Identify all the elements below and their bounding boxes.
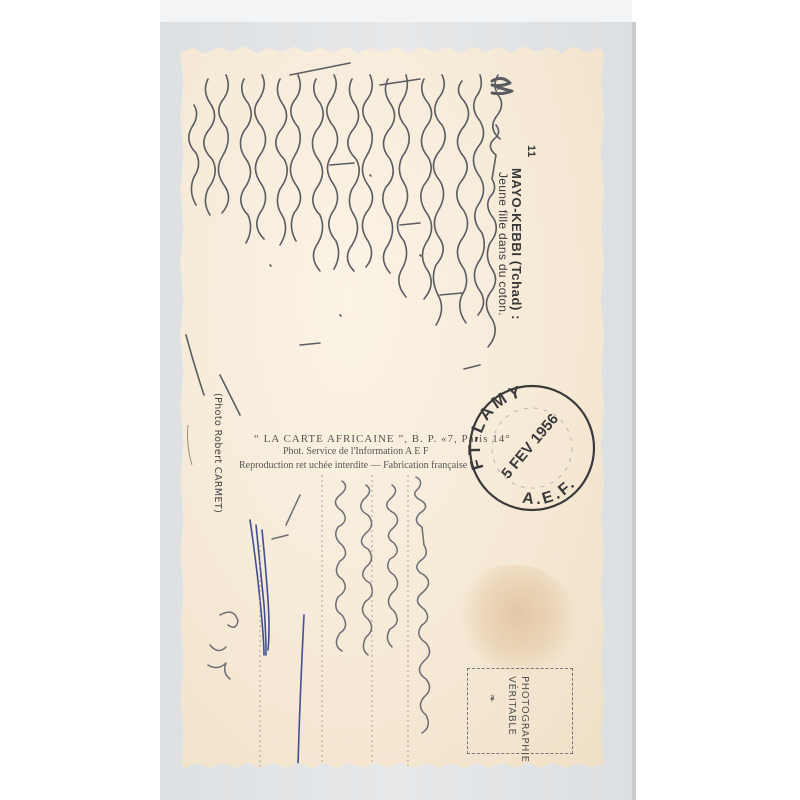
postmark: FT-LAMY A.E.F. 5 FEV 1956 <box>462 378 602 518</box>
photo-credit: (Photo Robert CARMET) <box>212 393 223 513</box>
stamp-text-line1: PHOTOGRAPHIE <box>518 676 531 763</box>
service-line: Phot. Service de l'Information A E F <box>283 446 428 457</box>
stamp-ornament-icon: ❧ <box>486 694 497 702</box>
caption-title: MAYO-KEBBI (Tchad) : <box>509 168 524 320</box>
postmark-region: A.E.F. <box>521 475 580 509</box>
postmark-date: 5 FEV 1956 <box>498 411 562 483</box>
rights-line: Reproduction ret uchée interdite — Fabri… <box>239 460 467 471</box>
scan-backdrop-top <box>160 0 632 22</box>
card-number: 11 <box>525 145 537 158</box>
scan-backdrop-edge <box>632 22 636 800</box>
stamp-box-text: PHOTOGRAPHIE VÉRITABLE <box>505 676 531 763</box>
svg-text:A.E.F.: A.E.F. <box>521 475 580 509</box>
caption-subtitle: Jeune fille dans du coton. <box>496 172 510 316</box>
stamp-text-line2: VÉRITABLE <box>505 676 518 763</box>
